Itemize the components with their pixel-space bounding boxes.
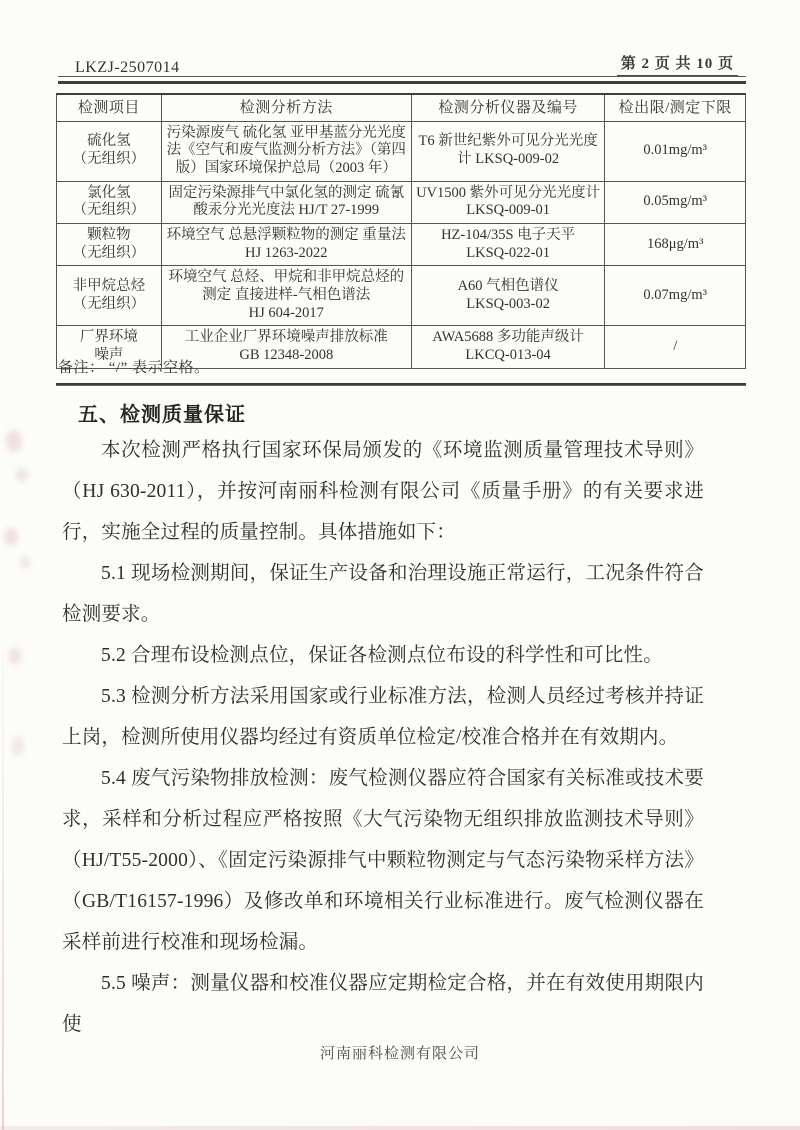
scan-artifact [16,468,28,482]
cell-item: 氯化氢 （无组织） [57,181,162,223]
cell-limit: / [605,326,746,368]
section-divider-rule [56,383,746,386]
paragraph: 5.5 噪声：测量仪器和校准仪器应定期检定合格，并在有效使用期限内使 [62,963,704,1045]
scan-artifact [12,736,24,756]
column-header-limit: 检出限/测定下限 [605,94,746,121]
column-header-instrument: 检测分析仪器及编号 [411,94,605,121]
table-row: 颗粒物 （无组织） 环境空气 总悬浮颗粒物的测定 重量法 HJ 1263-202… [57,223,746,265]
paragraph: 本次检测严格执行国家环保局颁发的《环境监测质量管理技术导则》（HJ 630-20… [62,430,704,553]
scanned-report-page: LKZJ-2507014 第 2 页 共 10 页 检测项目 检测分析方法 检测… [0,0,800,1130]
footer-company-name: 河南丽科检测有限公司 [0,1042,800,1063]
header-rule-thin [58,76,746,77]
cell-limit: 0.07mg/m³ [605,266,746,326]
cell-method: 固定污染源排气中氯化氢的测定 硫氰酸汞分光光度法 HJ/T 27-1999 [161,181,411,223]
cell-limit: 0.05mg/m³ [605,181,746,223]
paragraph: 5.1 现场检测期间，保证生产设备和治理设施正常运行，工况条件符合检测要求。 [62,553,704,635]
cell-method: 环境空气 总悬浮颗粒物的测定 重量法 HJ 1263-2022 [161,223,411,265]
table-row: 硫化氢 （无组织） 污染源废气 硫化氢 亚甲基蓝分光光度法《空气和废气监测分析方… [57,121,746,181]
scan-artifact [4,528,18,546]
scan-artifact [20,556,30,568]
table-remark: 备注： “/” 表示空格。 [58,356,209,377]
column-header-method: 检测分析方法 [161,94,411,121]
test-methods-table: 检测项目 检测分析方法 检测分析仪器及编号 检出限/测定下限 硫化氢 （无组织）… [56,93,746,369]
cell-instrument: A60 气相色谱仪 LKSQ-003-02 [411,266,605,326]
section-heading: 五、检测质量保证 [78,398,246,427]
cell-instrument: AWA5688 多功能声级计 LKCQ-013-04 [411,326,605,368]
cell-item: 颗粒物 （无组织） [57,223,162,265]
cell-method: 环境空气 总烃、甲烷和非甲烷总烃的测定 直接进样-气相色谱法 HJ 604-20… [161,266,411,326]
scan-artifact [6,430,22,452]
page-number-indicator: 第 2 页 共 10 页 [617,52,738,77]
table-row: 非甲烷总烃 （无组织） 环境空气 总烃、甲烷和非甲烷总烃的测定 直接进样-气相色… [57,266,746,326]
header-rule-thick [58,81,746,84]
paragraph: 5.3 检测分析方法采用国家或行业标准方法，检测人员经过考核并持证上岗，检测所使… [62,676,704,758]
paragraph: 5.2 合理布设检测点位，保证各检测点位布设的科学性和可比性。 [62,635,704,676]
cell-instrument: HZ-104/35S 电子天平 LKSQ-022-01 [411,223,605,265]
paragraph: 5.4 废气污染物排放检测：废气检测仪器应符合国家有关标准或技术要求，采样和分析… [62,758,704,963]
cell-limit: 0.01mg/m³ [605,121,746,181]
column-header-item: 检测项目 [57,94,162,121]
section-body: 本次检测严格执行国家环保局颁发的《环境监测质量管理技术导则》（HJ 630-20… [62,430,704,1045]
cell-limit: 168μg/m³ [605,223,746,265]
cell-instrument: UV1500 紫外可见分光光度计 LKSQ-009-01 [411,181,605,223]
table-row: 氯化氢 （无组织） 固定污染源排气中氯化氢的测定 硫氰酸汞分光光度法 HJ/T … [57,181,746,223]
cell-method: 污染源废气 硫化氢 亚甲基蓝分光光度法《空气和废气监测分析方法》（第四版）国家环… [161,121,411,181]
page-header: LKZJ-2507014 第 2 页 共 10 页 [75,52,738,77]
table-header-row: 检测项目 检测分析方法 检测分析仪器及编号 检出限/测定下限 [57,94,746,121]
cell-item: 非甲烷总烃 （无组织） [57,266,162,326]
cell-instrument: T6 新世纪紫外可见分光光度计 LKSQ-009-02 [411,121,605,181]
scan-artifact [8,648,22,664]
scan-edge-bottom [0,1126,800,1130]
document-number: LKZJ-2507014 [75,59,180,77]
cell-item: 硫化氢 （无组织） [57,121,162,181]
